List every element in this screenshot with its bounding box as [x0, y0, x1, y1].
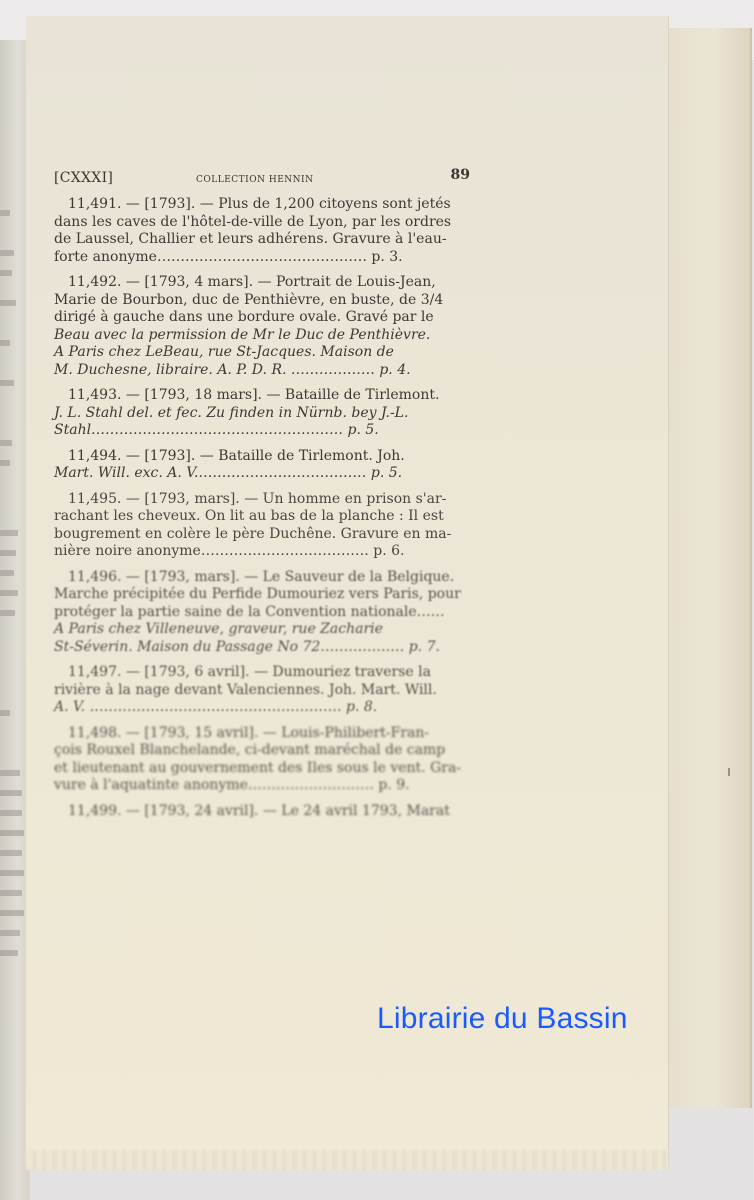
catalog-entry-11497: 11,497. — [1793, 6 avril]. — Dumouriez t…	[54, 664, 472, 717]
entry-line: Marie de Bourbon, duc de Penthièvre, en …	[54, 292, 472, 310]
page-number: 89	[451, 167, 470, 185]
entry-line: dirigé à gauche dans une bordure ovale. …	[54, 309, 472, 327]
entry-line: çois Rouxel Blanchelande, ci-devant maré…	[54, 742, 472, 760]
entry-line: 11,498. — [1793, 15 avril]. — Louis-Phil…	[54, 725, 472, 743]
running-head: [CXXXI] COLLECTION HENNIN 89	[54, 170, 472, 192]
catalog-entry-11499: 11,499. — [1793, 24 avril]. — Le 24 avri…	[54, 803, 472, 821]
catalog-entry-11491: 11,491. — [1793]. — Plus de 1,200 citoye…	[54, 196, 472, 266]
facing-page-text-fragments	[0, 190, 26, 1090]
entry-line: vure à l'aquatinte anonyme……………………… p. 9…	[54, 777, 472, 795]
entry-line: rachant les cheveux. On lit au bas de la…	[54, 508, 472, 526]
catalog-entry-11498: 11,498. — [1793, 15 avril]. — Louis-Phil…	[54, 725, 472, 795]
entry-line: 11,494. — [1793]. — Bataille de Tirlemon…	[54, 448, 472, 466]
entry-line: Beau avec la permission de Mr le Duc de …	[54, 327, 472, 345]
entry-line: et lieutenant au gouvernement des Iles s…	[54, 760, 472, 778]
entry-line: A Paris chez LeBeau, rue St-Jacques. Mai…	[54, 344, 472, 362]
entry-line: bougrement en colère le père Duchêne. Gr…	[54, 526, 472, 544]
entry-line: forte anonyme……………………………………… p. 3.	[54, 249, 472, 267]
underlying-page-edge	[668, 28, 752, 1108]
paper-mark	[728, 768, 730, 776]
entry-line: nière noire anonyme……………………………… p. 6.	[54, 543, 472, 561]
catalog-entry-11496: 11,496. — [1793, mars]. — Le Sauveur de …	[54, 569, 472, 657]
entry-line: 11,499. — [1793, 24 avril]. — Le 24 avri…	[54, 803, 472, 821]
entry-line: rivière à la nage devant Valenciennes. J…	[54, 682, 472, 700]
entry-line: 11,497. — [1793, 6 avril]. — Dumouriez t…	[54, 664, 472, 682]
entry-line: 11,491. — [1793]. — Plus de 1,200 citoye…	[54, 196, 472, 214]
entry-line: 11,493. — [1793, 18 mars]. — Bataille de…	[54, 387, 472, 405]
deckled-page-edge	[26, 1150, 668, 1170]
watermark: Librairie du Bassin	[377, 1002, 628, 1036]
entry-line: Mart. Will. exc. A. V.……………………………… p. 5.	[54, 465, 472, 483]
running-title: COLLECTION HENNIN	[196, 172, 313, 190]
catalog-entry-11493: 11,493. — [1793, 18 mars]. — Bataille de…	[54, 387, 472, 440]
entry-line: J. L. Stahl del. et fec. Zu finden in Nü…	[54, 405, 472, 423]
entry-line: de Laussel, Challier et leurs adhérens. …	[54, 231, 472, 249]
entry-line: protéger la partie saine de la Conventio…	[54, 604, 472, 622]
catalog-entry-11494: 11,494. — [1793]. — Bataille de Tirlemon…	[54, 448, 472, 483]
entry-line: Stahl……………………………………………… p. 5.	[54, 422, 472, 440]
catalog-entry-11495: 11,495. — [1793, mars]. — Un homme en pr…	[54, 491, 472, 561]
entry-line: 11,495. — [1793, mars]. — Un homme en pr…	[54, 491, 472, 509]
entry-line: Marche précipitée du Perfide Dumouriez v…	[54, 586, 472, 604]
section-number: [CXXXI]	[54, 170, 113, 188]
entry-line: 11,496. — [1793, mars]. — Le Sauveur de …	[54, 569, 472, 587]
entry-line: A Paris chez Villeneuve, graveur, rue Za…	[54, 621, 472, 639]
page-content: [CXXXI] COLLECTION HENNIN 89 11,491. — […	[54, 170, 472, 828]
entry-line: St-Séverin. Maison du Passage No 72………………	[54, 639, 472, 657]
entry-line: 11,492. — [1793, 4 mars]. — Portrait de …	[54, 274, 472, 292]
entry-line: A. V. ……………………………………………… p. 8.	[54, 699, 472, 717]
entry-line: M. Duchesne, libraire. A. P. D. R. ………………	[54, 362, 472, 380]
entry-line: dans les caves de l'hôtel-de-ville de Ly…	[54, 214, 472, 232]
catalog-entry-11492: 11,492. — [1793, 4 mars]. — Portrait de …	[54, 274, 472, 379]
